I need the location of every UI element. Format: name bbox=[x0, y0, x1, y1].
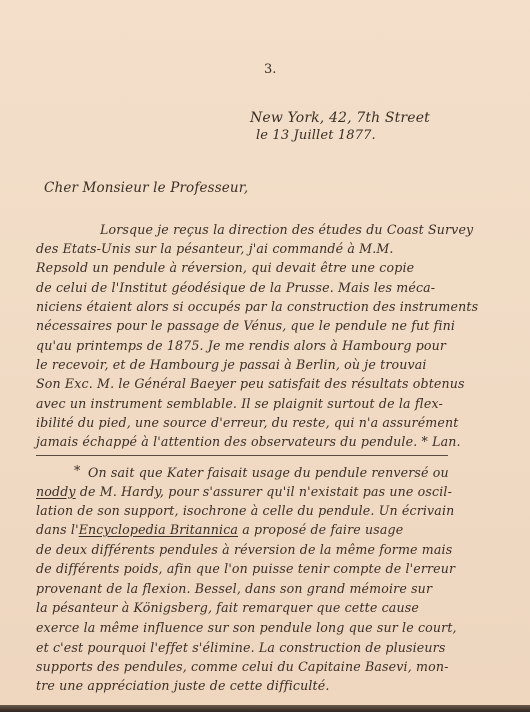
footnote-divider bbox=[36, 455, 448, 456]
body-line: nécessaires pour le passage de Vénus, qu… bbox=[36, 318, 455, 333]
manuscript-page: 3. New York, 42, 7th Street le 13 Juille… bbox=[0, 0, 530, 705]
footnote-line: provenant de la flexion. Bessel, dans so… bbox=[36, 581, 432, 596]
footnote-line-rest: a proposé de faire usage bbox=[242, 522, 403, 537]
body-line: niciens étaient alors si occupés par la … bbox=[36, 299, 478, 314]
page-number: 3. bbox=[264, 62, 276, 77]
page-bottom-edge bbox=[0, 705, 530, 712]
footnote-line-start: dans l' bbox=[36, 522, 79, 537]
underlined-term-noddy: noddy bbox=[36, 484, 76, 499]
address-date-line: le 13 Juillet 1877. bbox=[256, 128, 376, 143]
body-line: ibilité du pied, une source d'erreur, du… bbox=[36, 415, 458, 430]
footnote-marker: * bbox=[74, 463, 80, 478]
footnote-line: et c'est pourquoi l'effet s'élimine. La … bbox=[36, 640, 445, 655]
footnote-line: exerce la même influence sur son pendule… bbox=[36, 620, 457, 635]
footnote-line: de deux différents pendules à réversion … bbox=[36, 542, 452, 557]
footnote-line: de différents poids, afin que l'on puiss… bbox=[36, 561, 455, 576]
body-line: avec un instrument semblable. Il se plai… bbox=[36, 396, 443, 411]
body-line: Repsold un pendule à réversion, qui deva… bbox=[36, 260, 414, 275]
underlined-term-encyclopedia: Encyclopedia Britannica bbox=[79, 522, 238, 537]
footnote-line: la pésanteur à Königsberg, fait remarque… bbox=[36, 600, 419, 615]
body-line: Lorsque je reçus la direction des études… bbox=[100, 222, 473, 237]
body-line: le recevoir, et de Hambourg je passai à … bbox=[36, 357, 427, 372]
footnote-line: supports des pendules, comme celui du Ca… bbox=[36, 659, 449, 674]
body-line: qu'au printemps de 1875. Je me rendis al… bbox=[36, 338, 446, 353]
salutation: Cher Monsieur le Professeur, bbox=[44, 180, 248, 196]
body-line: jamais échappé à l'attention des observa… bbox=[36, 434, 461, 449]
footnote-line: On sait que Kater faisait usage du pendu… bbox=[88, 465, 449, 480]
footnote-line-rest: de M. Hardy, pour s'assurer qu'il n'exis… bbox=[80, 484, 452, 499]
footnote-line: tre une appréciation juste de cette diff… bbox=[36, 678, 330, 693]
footnote-line: dans l'Encyclopedia Britannica a proposé… bbox=[36, 522, 403, 537]
footnote-line: noddy de M. Hardy, pour s'assurer qu'il … bbox=[36, 484, 452, 499]
body-line: Son Exc. M. le Général Baeyer peu satisf… bbox=[36, 376, 465, 391]
body-line: des Etats-Unis sur la pésanteur, j'ai co… bbox=[36, 241, 394, 256]
address-line-1: New York, 42, 7th Street bbox=[250, 110, 430, 126]
body-line: de celui de l'Institut géodésique de la … bbox=[36, 280, 435, 295]
footnote-line: lation de son support, isochrone à celle… bbox=[36, 503, 454, 518]
